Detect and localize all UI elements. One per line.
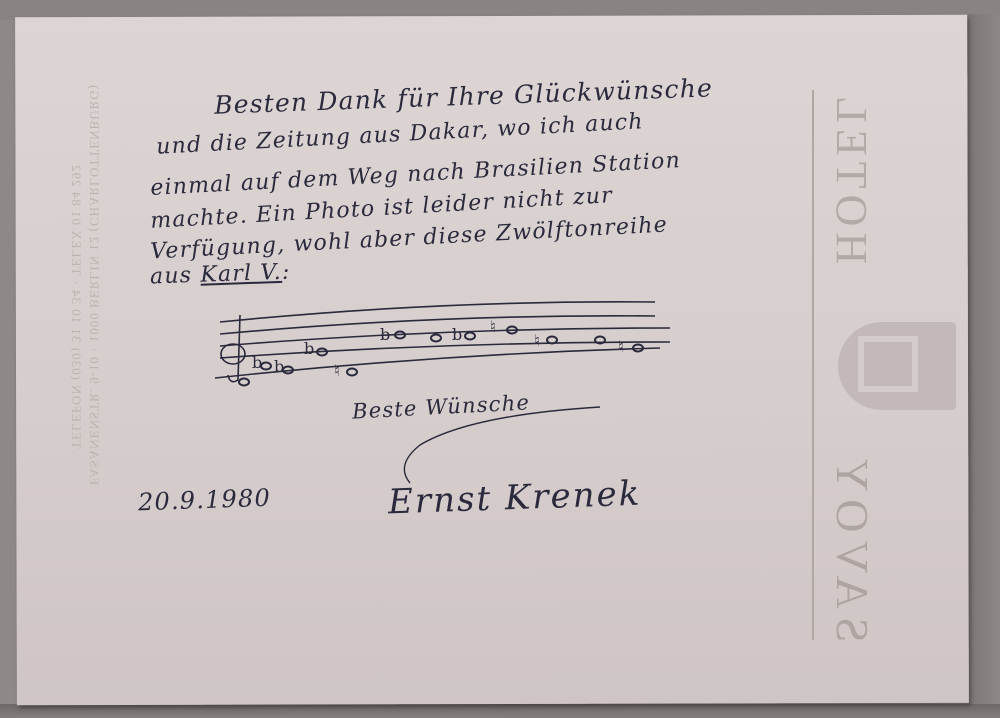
letter-date: 20.9.1980 bbox=[138, 484, 272, 517]
svg-text:b: b bbox=[252, 353, 262, 372]
letterhead-savoy: SAVOY bbox=[826, 450, 879, 643]
svg-text:♮: ♮ bbox=[534, 331, 540, 350]
work-suffix: : bbox=[281, 260, 290, 285]
letter-line-6-prefix: aus bbox=[150, 263, 201, 290]
letter-line-6: aus Karl V.: bbox=[150, 260, 291, 290]
backdrop-bottom bbox=[0, 704, 1000, 718]
svg-text:♮: ♮ bbox=[490, 317, 496, 336]
backdrop-right bbox=[968, 14, 1000, 718]
shield-logo-icon bbox=[838, 322, 956, 410]
svg-text:b: b bbox=[274, 357, 284, 376]
svg-text:♮: ♮ bbox=[334, 361, 340, 380]
shield-emblem bbox=[858, 336, 918, 392]
work-title: Karl V. bbox=[200, 260, 282, 288]
letterhead-phone: TELEFON (030) 31 10 34 · TELEX 01 84 292 bbox=[68, 164, 84, 449]
svg-text:b: b bbox=[452, 325, 462, 344]
twelve-tone-row-staff: b b b ♮ b b ♮ ♮ ♮ bbox=[200, 290, 680, 400]
letterhead-rule bbox=[812, 90, 814, 640]
svg-text:b: b bbox=[304, 339, 314, 358]
letterhead-address: FASANENSTR. 9-10 · 1000 BERLIN 12 (CHARL… bbox=[86, 84, 102, 485]
svg-text:♮: ♮ bbox=[618, 337, 624, 356]
signature-flourish bbox=[390, 405, 610, 485]
letterhead-hotel: HOTEL bbox=[826, 90, 877, 264]
svg-text:b: b bbox=[380, 325, 390, 344]
